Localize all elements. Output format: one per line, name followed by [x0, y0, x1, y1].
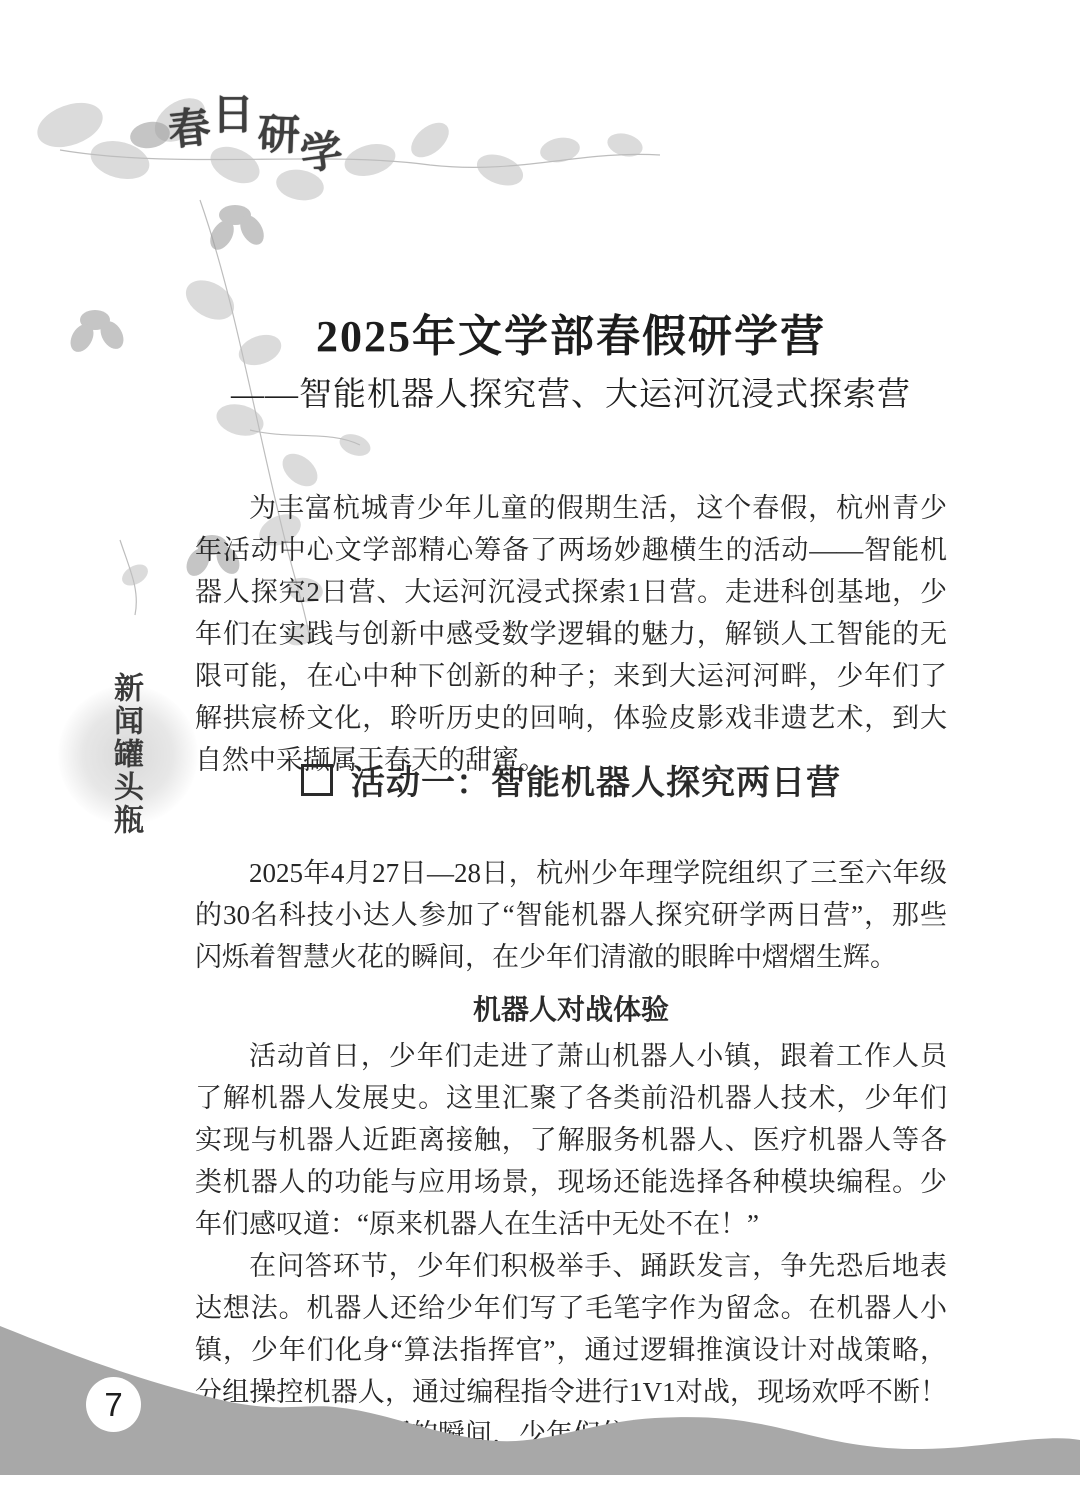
section-lead-paragraph: 2025年4月27日—28日，杭州少年理学院组织了三至六年级的30名科技小达人参…	[195, 852, 947, 978]
logo-spring-study: 春 日 研 学	[160, 80, 380, 190]
section-heading-text: 活动一：智能机器人探究两日营	[351, 764, 841, 802]
article-subtitle: ——智能机器人探究营、大运河沉浸式探索营	[195, 368, 947, 415]
battle-paragraph-1: 活动首日，少年们走进了萧山机器人小镇，跟着工作人员了解机器人发展史。这里汇聚了各…	[195, 1035, 947, 1245]
logo-char-2: 日	[212, 82, 254, 142]
column-label-vertical: 新闻罐头瓶	[103, 672, 147, 852]
subsection-heading-robot-battle: 机器人对战体验	[195, 988, 947, 1028]
intro-paragraph: 为丰富杭城青少年儿童的假期生活，这个春假，杭州青少年活动中心文学部精心筹备了两场…	[195, 487, 947, 781]
page-number-badge: 7	[86, 1377, 141, 1432]
logo-char-3: 研	[257, 101, 301, 162]
footer-wave-graphic	[0, 1318, 1080, 1495]
logo-char-1: 春	[165, 94, 213, 158]
article-title: 2025年文学部春假研学营	[195, 300, 947, 364]
document-page: 春 日 研 学 新闻罐头瓶 2025年文学部春假研学营 ——智能机器人探究营、大…	[0, 0, 1080, 1495]
section-heading-square-icon	[301, 764, 333, 796]
logo-char-4: 学	[296, 117, 346, 182]
page-number: 7	[104, 1386, 122, 1424]
section-heading-activity-1: 活动一：智能机器人探究两日营	[195, 755, 947, 804]
